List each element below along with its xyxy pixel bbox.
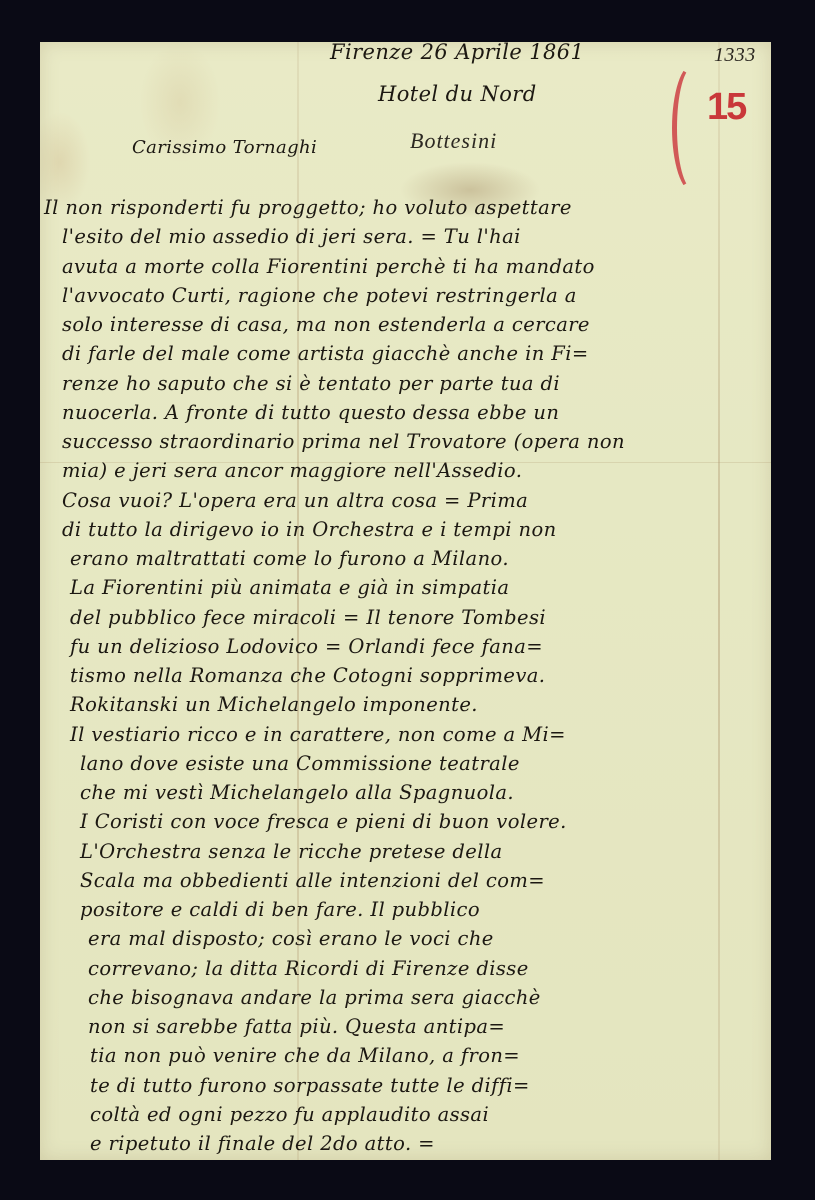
body-line: Il non risponderti fu proggetto; ho volu… [44, 196, 572, 219]
body-line: nuocerla. A fronte di tutto questo dessa… [62, 401, 559, 424]
body-line: erano maltrattati come lo furono a Milan… [70, 547, 509, 570]
body-line: tia non può venire che da Milano, a fron… [90, 1044, 520, 1067]
body-line: non si sarebbe fatta più. Questa antipa= [88, 1015, 505, 1038]
body-line: l'avvocato Curti, ragione che potevi res… [62, 284, 577, 307]
body-line: del pubblico fece miracoli = Il tenore T… [70, 606, 546, 629]
body-line: successo straordinario prima nel Trovato… [62, 430, 625, 453]
letter-body: Il non risponderti fu proggetto; ho volu… [40, 42, 771, 1160]
body-line: Il vestiario ricco e in carattere, non c… [70, 723, 566, 746]
body-line: di farle del male come artista giacchè a… [62, 342, 589, 365]
body-line: renze ho saputo che si è tentato per par… [62, 372, 560, 395]
body-line: solo interesse di casa, ma non estenderl… [62, 313, 590, 336]
body-line: mia) e jeri sera ancor maggiore nell'Ass… [62, 459, 522, 482]
body-line: I Coristi con voce fresca e pieni di buo… [80, 810, 567, 833]
body-line: Cosa vuoi? L'opera era un altra cosa = P… [62, 489, 528, 512]
body-line: coltà ed ogni pezzo fu applaudito assai [90, 1103, 489, 1126]
body-line: tismo nella Romanza che Cotogni sopprime… [70, 664, 545, 687]
body-line: correvano; la ditta Ricordi di Firenze d… [88, 957, 529, 980]
body-line: e ripetuto il finale del 2do atto. = [90, 1132, 435, 1155]
body-line: Rokitanski un Michelangelo imponente. [70, 693, 478, 716]
body-line: l'esito del mio assedio di jeri sera. = … [62, 225, 521, 248]
body-line: te di tutto furono sorpassate tutte le d… [90, 1074, 530, 1097]
body-line: avuta a morte colla Fiorentini perchè ti… [62, 255, 595, 278]
body-line: era mal disposto; così erano le voci che [88, 927, 494, 950]
body-line: L'Orchestra senza le ricche pretese dell… [80, 840, 503, 863]
body-line: di tutto la dirigevo io in Orchestra e i… [62, 518, 557, 541]
body-line: La Fiorentini più animata e già in simpa… [70, 576, 509, 599]
body-line: positore e caldi di ben fare. Il pubblic… [80, 898, 480, 921]
body-line: lano dove esiste una Commissione teatral… [80, 752, 520, 775]
body-line: fu un delizioso Lodovico = Orlandi fece … [70, 635, 543, 658]
letter-page: Firenze 26 Aprile 1861 Hotel du Nord Car… [40, 42, 771, 1160]
body-line: Scala ma obbedienti alle intenzioni del … [80, 869, 545, 892]
body-line: che bisognava andare la prima sera giacc… [88, 986, 541, 1009]
scan-frame: Firenze 26 Aprile 1861 Hotel du Nord Car… [0, 0, 815, 1200]
body-line: che mi vestì Michelangelo alla Spagnuola… [80, 781, 514, 804]
